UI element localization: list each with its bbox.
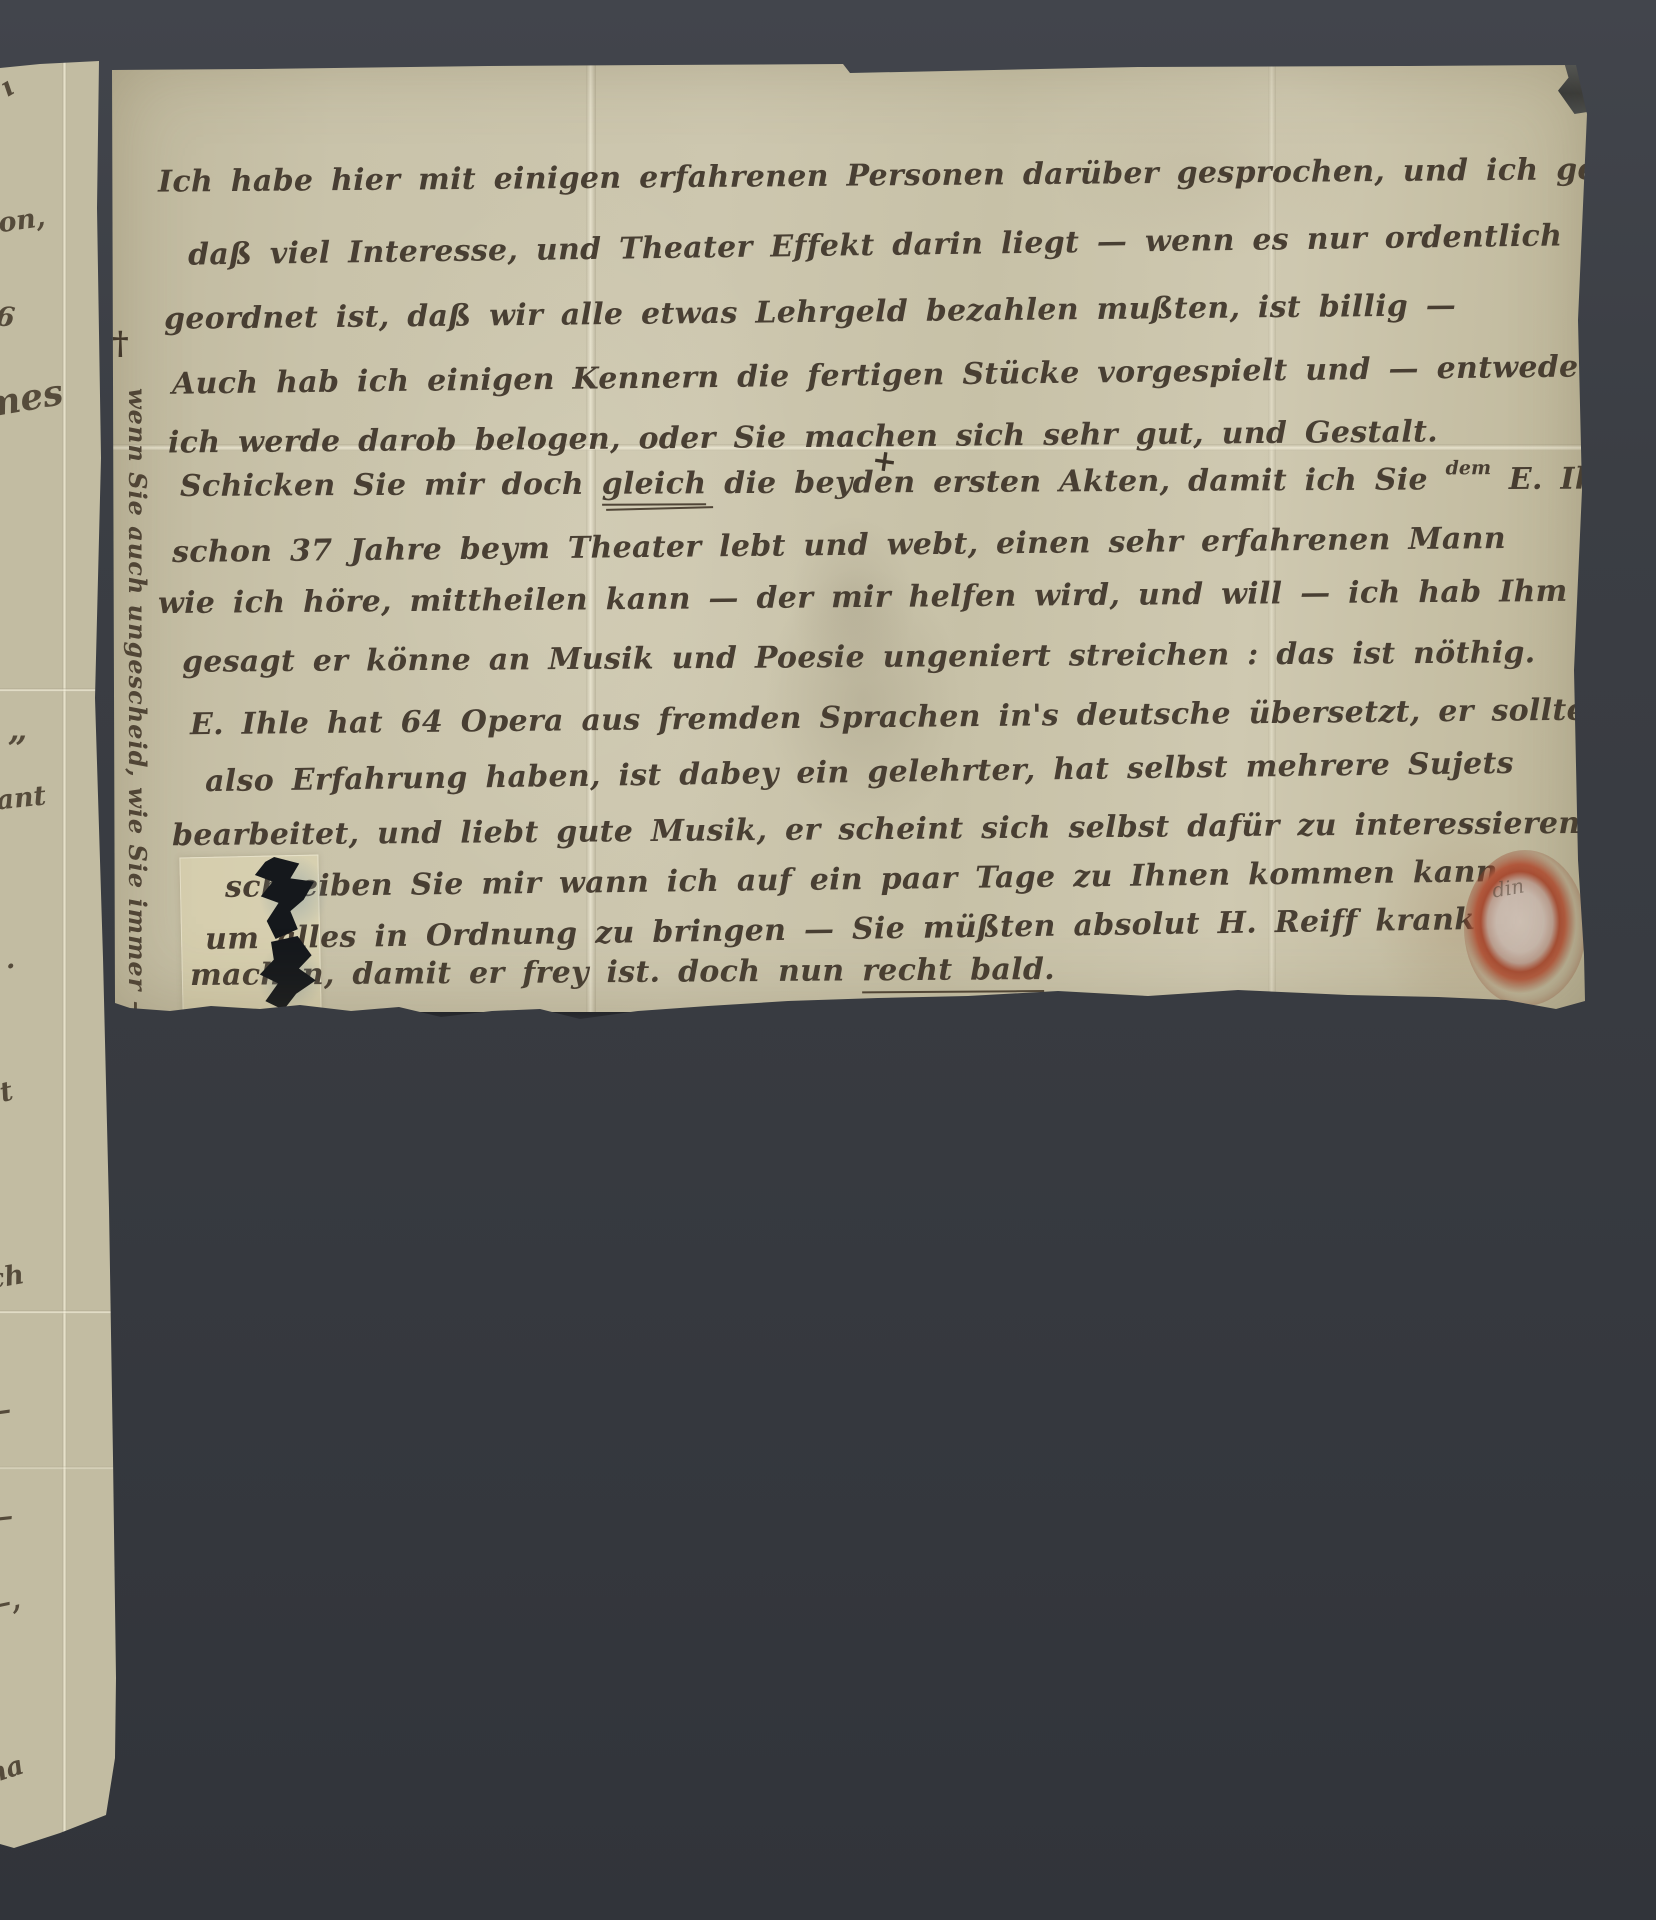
letter-line: gesagt er könne an Musik und Poesie unge…	[182, 635, 1536, 679]
vertical-margin-note: wenn Sie auch ungescheid, wie Sie immer …	[123, 388, 152, 752]
underlined-phrase-recht-bald: recht bald	[862, 952, 1044, 993]
letter-line: schreiben Sie mir wann ich auf ein paar …	[225, 854, 1509, 905]
handwriting-fragment: ch	[0, 1259, 26, 1296]
letter-line: wie ich höre, mittheilen kann — der mir …	[158, 574, 1568, 621]
strip-horizontal-crease	[0, 1310, 130, 1314]
line-segment: die beyden ersten Akten, damit ich Sie	[706, 462, 1445, 501]
letter-line: schon 37 Jahre beym Theater lebt und web…	[172, 521, 1506, 570]
archival-scan-background: ı ron, 6 mes „ llant . it ch — — —, ma I…	[0, 0, 1656, 1920]
line-segment: .	[1044, 952, 1055, 987]
strip-fold-crease	[62, 58, 67, 1853]
strip-horizontal-crease	[0, 688, 130, 692]
handwriting-fragment: ron,	[0, 202, 47, 241]
letter-line: um alles in Ordnung zu bringen — Sie müß…	[205, 902, 1476, 957]
handwriting-fragment: „	[8, 710, 28, 750]
strip-horizontal-crease	[0, 1466, 130, 1470]
line-segment: Schicken Sie mir doch	[180, 467, 602, 504]
insertion-caret-mark: +	[870, 442, 900, 480]
underlined-word-gleich: gleich	[602, 466, 707, 506]
letter-line: E. Ihle hat 64 Opera aus fremden Sprache…	[190, 693, 1586, 743]
handwriting-fragment: —,	[0, 1585, 23, 1623]
handwriting-fragment: —	[0, 1501, 15, 1535]
letter-line: daß viel Interesse, und Theater Effekt d…	[188, 218, 1563, 272]
handwriting-fragment: it	[0, 1076, 16, 1112]
letter-line: bearbeitet, und liebt gute Musik, er sch…	[172, 806, 1591, 853]
seal-faint-ink: din	[1490, 873, 1526, 902]
handwriting-fragment: ma	[0, 1750, 28, 1794]
adjacent-page-strip: ı ron, 6 mes „ llant . it ch — — —, ma	[0, 58, 130, 1858]
letter-line: geordnet ist, daß wir alle etwas Lehrgel…	[164, 288, 1456, 337]
letter-line: ich werde darob belogen, oder Sie machen…	[168, 414, 1438, 460]
letter-line: also Erfahrung haben, ist dabey ein gele…	[205, 746, 1514, 799]
handwriting-fragment: —	[0, 1394, 13, 1428]
wax-seal-remnant: din	[1464, 850, 1586, 1006]
letter-line: Schicken Sie mir doch gleich die beyden …	[180, 461, 1656, 504]
handwriting-fragment: ı	[0, 72, 19, 104]
handwriting-fragment: mes	[0, 371, 66, 426]
handwriting-fragment: llant	[0, 780, 48, 818]
letter-line: Ich habe hier mit einigen erfahrenen Per…	[158, 151, 1656, 199]
corner-smudge	[1558, 62, 1588, 114]
letter-page: Ich habe hier mit einigen erfahrenen Per…	[108, 60, 1592, 1012]
inserted-word-dem: dem	[1446, 457, 1492, 479]
handwriting-fragment: .	[6, 944, 15, 975]
letter-line: Auch hab ich einigen Kennern die fertige…	[172, 349, 1595, 401]
line-segment: E. Ihle der	[1491, 461, 1656, 497]
margin-dagger-mark: †	[112, 324, 129, 362]
handwriting-fragment: 6	[0, 301, 16, 334]
